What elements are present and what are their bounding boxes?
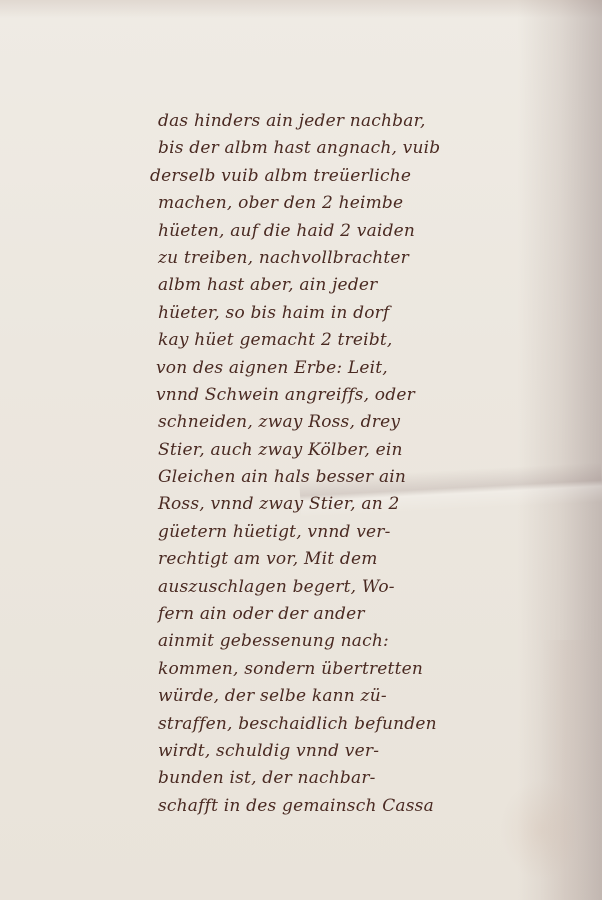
manuscript-line: straffen, beschaidlich befunden xyxy=(158,711,578,738)
manuscript-line: auszuschlagen begert, Wo- xyxy=(158,574,578,601)
manuscript-line: bunden ist, der nachbar- xyxy=(158,765,578,792)
manuscript-line: schafft in des gemainsch Cassa xyxy=(158,793,578,820)
manuscript-line: machen, ober den 2 heimbe xyxy=(158,190,578,217)
manuscript-line: schneiden, zway Ross, drey xyxy=(158,409,578,436)
manuscript-line: rechtigt am vor, Mit dem xyxy=(158,546,578,573)
manuscript-line: derselb vuib albm treüerliche xyxy=(150,163,578,190)
manuscript-line: kay hüet gemacht 2 treibt, xyxy=(158,327,578,354)
manuscript-line: das hinders ain jeder nachbar, xyxy=(158,108,578,135)
manuscript-line: wirdt, schuldig vnnd ver- xyxy=(158,738,578,765)
manuscript-line: hüeter, so bis haim in dorf xyxy=(158,300,578,327)
handwritten-text-block: das hinders ain jeder nachbar, bis der a… xyxy=(158,108,578,820)
manuscript-line: fern ain oder der ander xyxy=(158,601,578,628)
manuscript-line: kommen, sondern übertretten xyxy=(158,656,578,683)
manuscript-line: güetern hüetigt, vnnd ver- xyxy=(158,519,578,546)
manuscript-line: ainmit gebessenung nach: xyxy=(158,628,578,655)
manuscript-line: albm hast aber, ain jeder xyxy=(158,272,578,299)
manuscript-line: von des aignen Erbe: Leit, xyxy=(156,355,578,382)
manuscript-line: Stier, auch zway Kölber, ein xyxy=(158,437,578,464)
manuscript-line: würde, der selbe kann zü- xyxy=(158,683,578,710)
manuscript-page: das hinders ain jeder nachbar, bis der a… xyxy=(0,0,602,900)
manuscript-line: Gleichen ain hals besser ain xyxy=(158,464,578,491)
manuscript-line: hüeten, auf die haid 2 vaiden xyxy=(158,218,578,245)
manuscript-line: bis der albm hast angnach, vuib xyxy=(158,135,578,162)
manuscript-line: vnnd Schwein angreiffs, oder xyxy=(156,382,578,409)
manuscript-line: zu treiben, nachvollbrachter xyxy=(158,245,578,272)
manuscript-line: Ross, vnnd zway Stier, an 2 xyxy=(158,491,578,518)
